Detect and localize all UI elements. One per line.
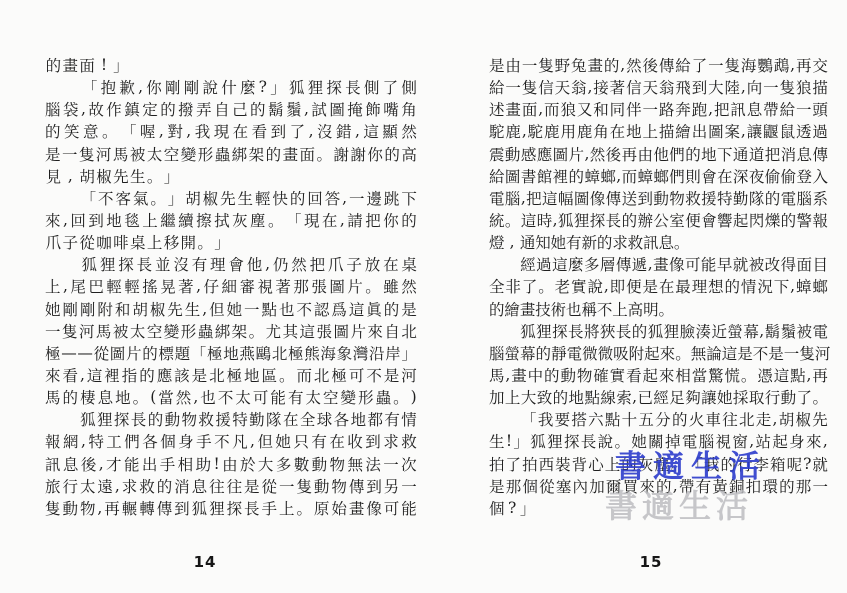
text-line: 訊息後,才能出手相助!由於大多數動物無法一次 — [45, 453, 417, 475]
page-number-left: 14 — [185, 553, 225, 571]
text-line: 來看,這裡指的應該是北極地區。而北極可不是河 — [45, 364, 417, 386]
text-line: 生!」狐狸探長說。她關掉電腦視窗,站起身來, — [489, 430, 828, 452]
text-line: 狐狸探長的動物救援特勤隊在全球各地都有情 — [45, 408, 417, 430]
text-line: 是一隻河馬被太空變形蟲綁架的畫面。謝謝你的高 — [45, 143, 417, 165]
page-right-text: 是由一隻野兔畫的,然後傳給了一隻海鸚鵡,再交給一隻信天翁,接著信天翁飛到大陸,向… — [489, 54, 828, 519]
text-line: 上,尾巴輕輕搖晃著,仔細審視著那張圖片。雖然 — [45, 275, 417, 297]
text-line: 爪子從咖啡桌上移開。」 — [45, 231, 417, 253]
page-number-right: 15 — [631, 553, 671, 571]
page-left-text: 的畫面!」「抱歉,你剛剛說什麼?」狐狸探長側了側腦袋,故作鎮定的撥弄自己的鬍鬚,… — [45, 54, 417, 519]
text-line: 腦螢幕的靜電微微吸附起來。無論這是不是一隻河 — [489, 342, 828, 364]
text-line: 極——從圖片的標題「極地燕鷗北極熊海象灣沿岸」 — [45, 342, 417, 364]
text-line: 的畫面!」 — [45, 54, 417, 76]
text-line: 給圖書館裡的蟑螂,而蟑螂們則會在深夜偷偷登入 — [489, 165, 828, 187]
text-line: 個?」 — [489, 497, 828, 519]
page-right: 是由一隻野兔畫的,然後傳給了一隻海鸚鵡,再交給一隻信天翁,接著信天翁飛到大陸,向… — [489, 54, 828, 593]
page-left: 的畫面!」「抱歉,你剛剛說什麼?」狐狸探長側了側腦袋,故作鎮定的撥弄自己的鬍鬚,… — [45, 54, 417, 593]
text-line: 拍了拍西裝背心上的灰塵。「我的行李箱呢?就 — [489, 453, 828, 475]
text-line: 她剛剛附和胡椒先生,但她一點也不認爲這眞的是 — [45, 298, 417, 320]
text-line: 「抱歉,你剛剛說什麼?」狐狸探長側了側 — [45, 76, 417, 98]
text-line: 燈,通知她有新的求救訊息。 — [489, 231, 828, 253]
text-line: 給一隻信天翁,接著信天翁飛到大陸,向一隻狼描 — [489, 76, 828, 98]
text-line: 狐狸探長並沒有理會他,仍然把爪子放在桌 — [45, 253, 417, 275]
text-line: 的繪畫技術也稱不上高明。 — [489, 298, 828, 320]
text-line: 「我要搭六點十五分的火車往北走,胡椒先 — [489, 408, 828, 430]
text-line: 全非了。老實說,即便是在最理想的情況下,蟑螂 — [489, 275, 828, 297]
text-line: 「不客氣。」胡椒先生輕快的回答,一邊跳下 — [45, 187, 417, 209]
text-line: 報網,特工們各個身手不凡,但她只有在收到求救 — [45, 430, 417, 452]
text-line: 經過這麼多層傳遞,畫像可能早就被改得面目 — [489, 253, 828, 275]
text-line: 馬,畫中的動物確實看起來相當驚慌。憑這點,再 — [489, 364, 828, 386]
text-line: 駝鹿,駝鹿用鹿角在地上描繪出圖案,讓鼴鼠透過 — [489, 120, 828, 142]
text-line: 是那個從塞內加爾買來的,帶有黃銅扣環的那一 — [489, 475, 828, 497]
text-line: 旅行太遠,求救的消息往往是從一隻動物傳到另一 — [45, 475, 417, 497]
text-line: 來,回到地毯上繼續擦拭灰塵。「現在,請把你的 — [45, 209, 417, 231]
text-line: 腦袋,故作鎮定的撥弄自己的鬍鬚,試圖掩飾嘴角 — [45, 98, 417, 120]
book-spread: 的畫面!」「抱歉,你剛剛說什麼?」狐狸探長側了側腦袋,故作鎮定的撥弄自己的鬍鬚,… — [0, 0, 847, 593]
text-line: 是由一隻野兔畫的,然後傳給了一隻海鸚鵡,再交 — [489, 54, 828, 76]
text-line: 馬的棲息地。(當然,也不太可能有太空變形蟲。) — [45, 386, 417, 408]
text-line: 隻動物,再輾轉傳到狐狸探長手上。原始畫像可能 — [45, 497, 417, 519]
text-line: 狐狸探長將狹長的狐狸臉湊近螢幕,鬍鬚被電 — [489, 320, 828, 342]
text-line: 震動感應圖片,然後再由他們的地下通道把消息傳 — [489, 143, 828, 165]
text-line: 見,胡椒先生。」 — [45, 165, 417, 187]
text-line: 電腦,把這幅圖像傳送到動物救援特勤隊的電腦系 — [489, 187, 828, 209]
text-line: 的笑意。「喔,對,我現在看到了,沒錯,這顯然 — [45, 120, 417, 142]
text-line: 加上大致的地點線索,已經足夠讓她採取行動了。 — [489, 386, 828, 408]
text-line: 一隻河馬被太空變形蟲綁架。尤其這張圖片來自北 — [45, 320, 417, 342]
text-line: 統。這時,狐狸探長的辦公室便會響起閃爍的警報 — [489, 209, 828, 231]
text-line: 述畫面,而狼又和同伴一路奔跑,把訊息帶給一頭 — [489, 98, 828, 120]
